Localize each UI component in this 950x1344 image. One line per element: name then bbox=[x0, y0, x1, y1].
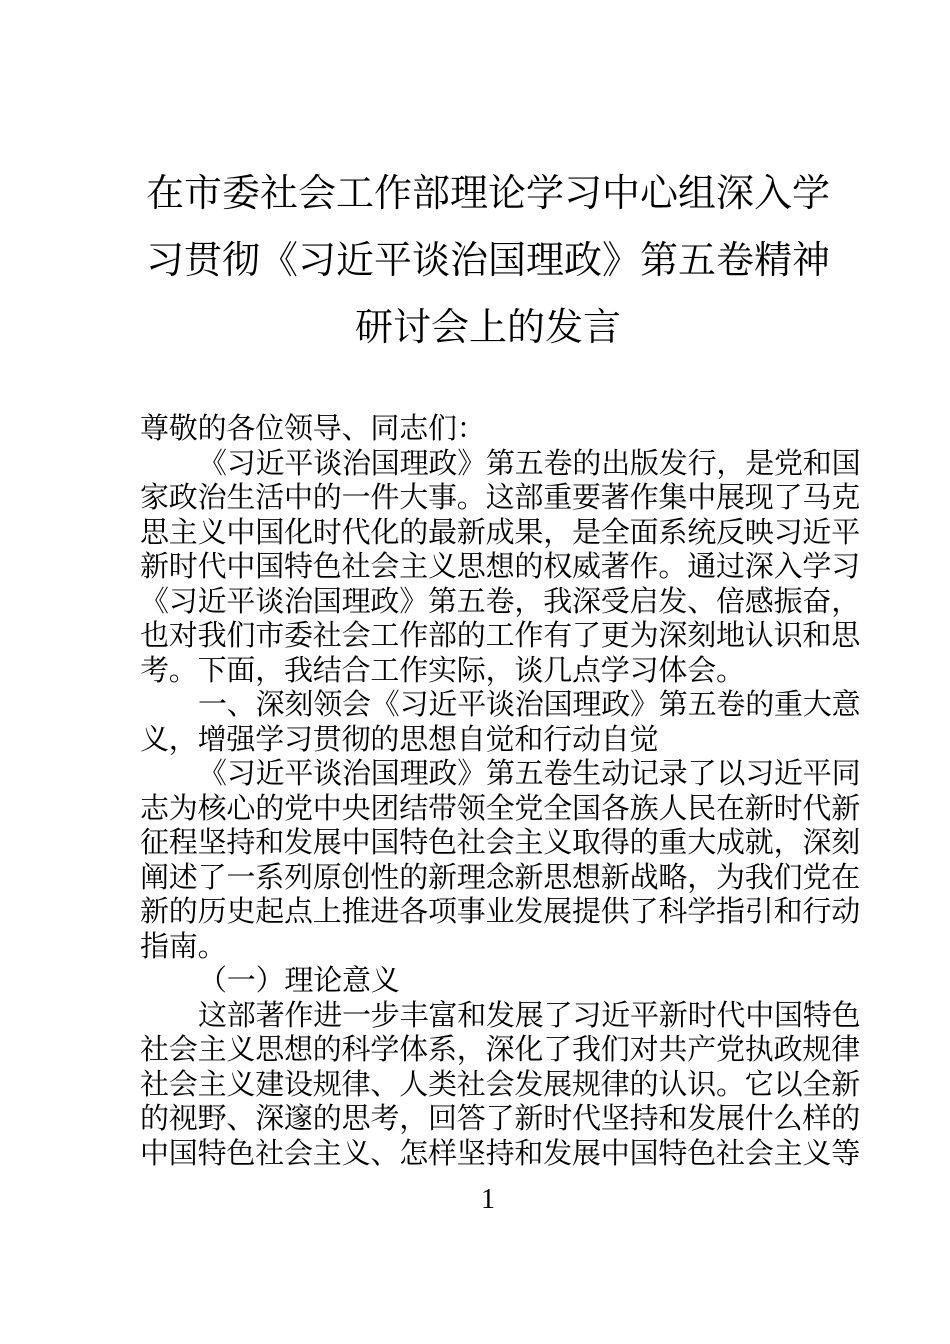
body-line: 社会主义思想的科学体系，深化了我们对共产党执政规律 bbox=[140, 1033, 836, 1068]
title-line-2: 习贯彻《习近平谈治国理政》第五卷精神 bbox=[140, 228, 836, 295]
title-line-1: 在市委社会工作部理论学习中心组深入学 bbox=[140, 161, 836, 228]
body-line: 征程坚持和发展中国特色社会主义取得的重大成就，深刻 bbox=[140, 826, 836, 861]
body-line: 中国特色社会主义、怎样坚持和发展中国特色社会主义等 bbox=[140, 1137, 836, 1172]
body-line: 也对我们市委社会工作部的工作有了更为深刻地认识和思 bbox=[140, 619, 836, 654]
salutation: 尊敬的各位领导、同志们： bbox=[140, 412, 836, 447]
body-line: 阐述了一系列原创性的新理念新思想新战略，为我们党在 bbox=[140, 861, 836, 896]
body-line: 家政治生活中的一件大事。这部重要著作集中展现了马克 bbox=[140, 481, 836, 516]
body-line: 指南。 bbox=[140, 930, 836, 965]
document-page: 在市委社会工作部理论学习中心组深入学 习贯彻《习近平谈治国理政》第五卷精神 研讨… bbox=[0, 0, 950, 1344]
body-line: 《习近平谈治国理政》第五卷的出版发行，是党和国 bbox=[140, 447, 836, 482]
section-heading-line: 一、深刻领会《习近平谈治国理政》第五卷的重大意 bbox=[140, 688, 836, 723]
body-line: 志为核心的党中央团结带领全党全国各族人民在新时代新 bbox=[140, 792, 836, 827]
subsection-heading: （一）理论意义 bbox=[140, 964, 836, 999]
page-number: 1 bbox=[140, 1183, 836, 1217]
body-line: 这部著作进一步丰富和发展了习近平新时代中国特色 bbox=[140, 999, 836, 1034]
body-line: 社会主义建设规律、人类社会发展规律的认识。它以全新 bbox=[140, 1068, 836, 1103]
body-line: 考。下面，我结合工作实际，谈几点学习体会。 bbox=[140, 654, 836, 689]
body-line: 《习近平谈治国理政》第五卷，我深受启发、倍感振奋， bbox=[140, 585, 836, 620]
document-title: 在市委社会工作部理论学习中心组深入学 习贯彻《习近平谈治国理政》第五卷精神 研讨… bbox=[140, 161, 836, 362]
body-line: 思主义中国化时代化的最新成果，是全面系统反映习近平 bbox=[140, 516, 836, 551]
body-line: 的视野、深邃的思考，回答了新时代坚持和发展什么样的 bbox=[140, 1102, 836, 1137]
body-line: 《习近平谈治国理政》第五卷生动记录了以习近平同 bbox=[140, 757, 836, 792]
document-body: 尊敬的各位领导、同志们： 《习近平谈治国理政》第五卷的出版发行，是党和国 家政治… bbox=[140, 412, 836, 1171]
body-line: 新时代中国特色社会主义思想的权威著作。通过深入学习 bbox=[140, 550, 836, 585]
title-line-3: 研讨会上的发言 bbox=[140, 295, 836, 362]
section-heading-line: 义，增强学习贯彻的思想自觉和行动自觉 bbox=[140, 723, 836, 758]
body-line: 新的历史起点上推进各项事业发展提供了科学指引和行动 bbox=[140, 895, 836, 930]
